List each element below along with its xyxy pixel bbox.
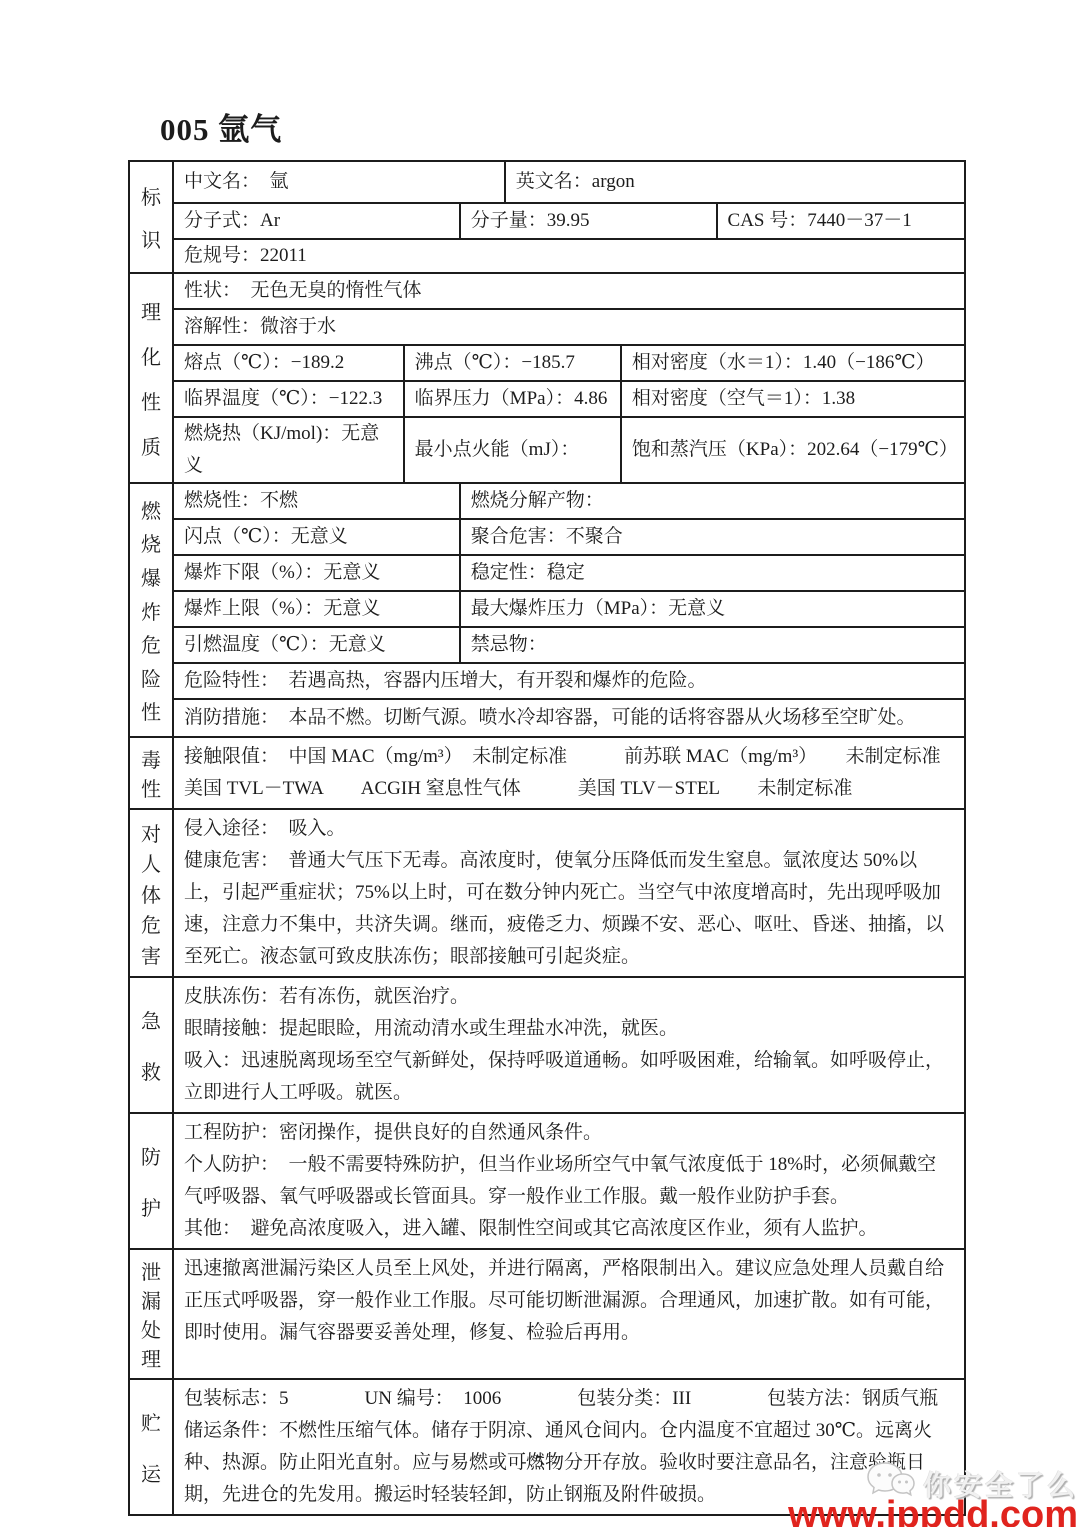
field-exposure-limits: 接触限值： 中国 MAC（mg/m³） 未制定标准 前苏联 MAC（mg/m³）… (174, 738, 964, 808)
field-ignition-temperature: 引燃温度（℃）：无意义 (174, 628, 461, 662)
table-row: 危规号：22011 (174, 240, 964, 272)
field-polymerization-hazard: 聚合危害：不聚合 (461, 520, 964, 554)
table-row: 引燃温度（℃）：无意义 禁忌物： (174, 628, 964, 664)
field-boiling-point: 沸点（℃）：−185.7 (405, 346, 622, 380)
field-molecular-weight: 分子量：39.95 (461, 204, 718, 238)
table-row: 侵入途径： 吸入。 健康危害： 普通大气压下无毒。高浓度时，使氧分压降低而发生窒… (174, 810, 964, 976)
field-chinese-name: 中文名： 氩 (174, 162, 506, 202)
field-lower-explosion-limit: 爆炸下限（%）：无意义 (174, 556, 461, 590)
invasion-route: 侵入途径： 吸入。 (184, 813, 954, 845)
health-hazard: 健康危害： 普通大气压下无毒。高浓度时，使氧分压降低而发生窒息。氩浓度达 50%… (184, 845, 954, 973)
table-row: 燃烧热（KJ/mol)：无意义 最小点火能（mJ）： 饱和蒸汽压（KPa）：20… (174, 418, 964, 482)
field-saturated-vapor-pressure: 饱和蒸汽压（KPa）：202.64（−179℃） (622, 418, 964, 482)
section-label-fire-explosion: 燃烧爆炸危险性 (130, 484, 174, 736)
table-row: 熔点（℃）：−189.2 沸点（℃）：−185.7 相对密度（水＝1）：1.40… (174, 346, 964, 382)
section-leak-disposal: 泄漏处理 迅速撤离泄漏污染区人员至上风处，并进行隔离，严格限制出入。建议应急处理… (130, 1250, 964, 1380)
field-protection: 工程防护：密闭操作，提供良好的自然通风条件。 个人防护： 一般不需要特殊防护，但… (174, 1114, 964, 1248)
table-row: 性状： 无色无臭的惰性气体 (174, 274, 964, 310)
field-hazard-characteristics: 危险特性： 若遇高热，容器内压增大，有开裂和爆炸的危险。 (174, 664, 964, 698)
table-row: 溶解性：微溶于水 (174, 310, 964, 346)
field-combustion-heat: 燃烧热（KJ/mol)：无意义 (174, 418, 405, 482)
table-row: 皮肤冻伤：若有冻伤，就医治疗。 眼睛接触：提起眼睑，用流动清水或生理盐水冲洗，就… (174, 978, 964, 1112)
field-solubility: 溶解性：微溶于水 (174, 310, 964, 344)
field-appearance: 性状： 无色无臭的惰性气体 (174, 274, 964, 308)
watermark: 你安全了么 www.ippdd.com (788, 1460, 1078, 1527)
exposure-limits-line-1: 接触限值： 中国 MAC（mg/m³） 未制定标准 前苏联 MAC（mg/m³）… (184, 741, 954, 773)
table-row: 分子式：Ar 分子量：39.95 CAS 号：7440－37－1 (174, 204, 964, 240)
section-first-aid: 急救 皮肤冻伤：若有冻伤，就医治疗。 眼睛接触：提起眼睑，用流动清水或生理盐水冲… (130, 978, 964, 1114)
section-physicochemical: 理化性质 性状： 无色无臭的惰性气体 溶解性：微溶于水 熔点（℃）：−189.2… (130, 274, 964, 484)
field-hazard-code: 危规号：22011 (174, 240, 964, 272)
field-stability: 稳定性：稳定 (461, 556, 964, 590)
exposure-limits-line-2: 美国 TVL－TWA ACGIH 窒息性气体 美国 TLV－STEL 未制定标准 (184, 773, 954, 805)
table-row: 闪点（℃）：无意义 聚合危害：不聚合 (174, 520, 964, 556)
field-flammability: 燃烧性：不燃 (174, 484, 461, 518)
field-max-explosion-pressure: 最大爆炸压力（MPa）：无意义 (461, 592, 964, 626)
table-row: 危险特性： 若遇高热，容器内压增大，有开裂和爆炸的危险。 (174, 664, 964, 700)
field-cas-number: CAS 号：7440－37－1 (718, 204, 964, 238)
watermark-url: www.ippdd.com (788, 1496, 1078, 1527)
field-incompatibilities: 禁忌物： (461, 628, 964, 662)
other-protection: 其他： 避免高浓度吸入，进入罐、限制性空间或其它高浓度区作业，须有人监护。 (184, 1213, 954, 1245)
field-minimum-ignition-energy: 最小点火能（mJ）： (405, 418, 622, 482)
field-relative-density-water: 相对密度（水＝1）：1.40（−186℃） (622, 346, 964, 380)
table-row: 爆炸下限（%）：无意义 稳定性：稳定 (174, 556, 964, 592)
table-row: 临界温度（℃）：−122.3 临界压力（MPa）：4.86 相对密度（空气＝1）… (174, 382, 964, 418)
field-english-name: 英文名：argon (506, 162, 964, 202)
engineering-protection: 工程防护：密闭操作，提供良好的自然通风条件。 (184, 1117, 954, 1149)
section-label-physicochemical: 理化性质 (130, 274, 174, 482)
first-aid-eye: 眼睛接触：提起眼睑，用流动清水或生理盐水冲洗，就医。 (184, 1013, 954, 1045)
section-label-protection: 防护 (130, 1114, 174, 1248)
msds-table: 标识 中文名： 氩 英文名：argon 分子式：Ar 分子量：39.95 CAS… (128, 160, 966, 1516)
table-row: 接触限值： 中国 MAC（mg/m³） 未制定标准 前苏联 MAC（mg/m³）… (174, 738, 964, 808)
table-row: 爆炸上限（%）：无意义 最大爆炸压力（MPa）：无意义 (174, 592, 964, 628)
section-label-first-aid: 急救 (130, 978, 174, 1112)
table-row: 消防措施： 本品不燃。切断气源。喷水冷却容器，可能的话将容器从火场移至空旷处。 (174, 700, 964, 736)
section-protection: 防护 工程防护：密闭操作，提供良好的自然通风条件。 个人防护： 一般不需要特殊防… (130, 1114, 964, 1250)
field-first-aid: 皮肤冻伤：若有冻伤，就医治疗。 眼睛接触：提起眼睑，用流动清水或生理盐水冲洗，就… (174, 978, 964, 1112)
field-relative-density-air: 相对密度（空气＝1）：1.38 (622, 382, 964, 416)
table-row: 迅速撤离泄漏污染区人员至上风处，并进行隔离，严格限制出入。建议应急处理人员戴自给… (174, 1250, 964, 1352)
field-fire-fighting-measures: 消防措施： 本品不燃。切断气源。喷水冷却容器，可能的话将容器从火场移至空旷处。 (174, 700, 964, 736)
table-row: 工程防护：密闭操作，提供良好的自然通风条件。 个人防护： 一般不需要特殊防护，但… (174, 1114, 964, 1248)
section-label-human-harm: 对人体危害 (130, 810, 174, 976)
first-aid-inhalation: 吸入：迅速脱离现场至空气新鲜处，保持呼吸道通畅。如呼吸困难，给输氧。如呼吸停止，… (184, 1045, 954, 1109)
field-flash-point: 闪点（℃）：无意义 (174, 520, 461, 554)
section-label-storage-transport: 贮运 (130, 1380, 174, 1514)
table-row: 燃烧性：不燃 燃烧分解产物： (174, 484, 964, 520)
field-critical-temperature: 临界温度（℃）：−122.3 (174, 382, 405, 416)
field-critical-pressure: 临界压力（MPa）：4.86 (405, 382, 622, 416)
field-melting-point: 熔点（℃）：−189.2 (174, 346, 405, 380)
packaging-info: 包装标志：5 UN 编号： 1006 包装分类：III 包装方法：钢质气瓶 (184, 1383, 954, 1415)
table-row: 中文名： 氩 英文名：argon (174, 162, 964, 204)
field-combustion-products: 燃烧分解产物： (461, 484, 964, 518)
personal-protection: 个人防护： 一般不需要特殊防护，但当作业场所空气中氧气浓度低于 18%时，必须佩… (184, 1149, 954, 1213)
section-label-identification: 标识 (130, 162, 174, 272)
section-label-leak-disposal: 泄漏处理 (130, 1250, 174, 1378)
field-human-harm: 侵入途径： 吸入。 健康危害： 普通大气压下无毒。高浓度时，使氧分压降低而发生窒… (174, 810, 964, 976)
section-fire-explosion: 燃烧爆炸危险性 燃烧性：不燃 燃烧分解产物： 闪点（℃）：无意义 聚合危害：不聚… (130, 484, 964, 738)
section-human-harm: 对人体危害 侵入途径： 吸入。 健康危害： 普通大气压下无毒。高浓度时，使氧分压… (130, 810, 964, 978)
section-label-toxicity: 毒性 (130, 738, 174, 808)
page-title: 005 氩气 (160, 104, 282, 149)
field-leak-disposal: 迅速撤离泄漏污染区人员至上风处，并进行隔离，严格限制出入。建议应急处理人员戴自给… (174, 1250, 964, 1352)
first-aid-skin: 皮肤冻伤：若有冻伤，就医治疗。 (184, 981, 954, 1013)
field-upper-explosion-limit: 爆炸上限（%）：无意义 (174, 592, 461, 626)
section-identification: 标识 中文名： 氩 英文名：argon 分子式：Ar 分子量：39.95 CAS… (130, 162, 964, 274)
section-toxicity: 毒性 接触限值： 中国 MAC（mg/m³） 未制定标准 前苏联 MAC（mg/… (130, 738, 964, 810)
msds-page: 005 氩气 标识 中文名： 氩 英文名：argon 分子式：Ar 分子量：39… (0, 0, 1080, 1527)
field-molecular-formula: 分子式：Ar (174, 204, 461, 238)
leak-disposal-text: 迅速撤离泄漏污染区人员至上风处，并进行隔离，严格限制出入。建议应急处理人员戴自给… (184, 1253, 954, 1349)
